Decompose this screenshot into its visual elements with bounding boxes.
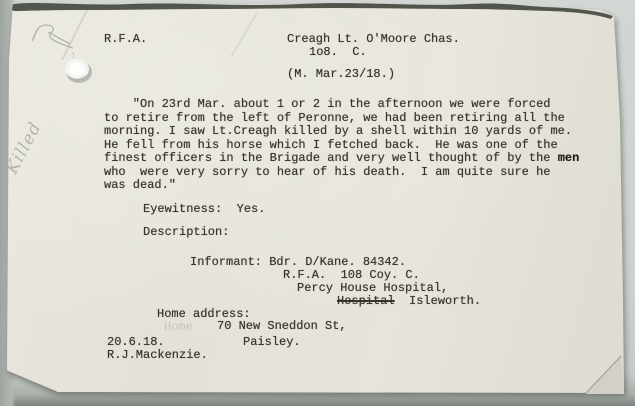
statement-line: morning. I saw Lt.Creagh killed by a she… (104, 125, 572, 138)
address-town-word: Isleworth. (395, 294, 481, 308)
paper-sheet (0, 0, 635, 406)
header-corps: R.F.A. (104, 33, 147, 46)
statement-line: "On 23rd Mar. about 1 or 2 in the aftern… (104, 98, 550, 111)
overstruck-word: men (558, 151, 580, 165)
struck-word: Hospital (337, 294, 395, 308)
home-address-town: Paisley. (243, 336, 301, 349)
ghost-erased-word: Home (164, 321, 193, 334)
statement-line-text: finest officers in the Brigade and very … (104, 151, 558, 165)
description-label: Description: (143, 226, 229, 239)
signature-line: R.J.Mackenzie. (107, 349, 208, 362)
statement-line: He fell from his horse which I fetched b… (104, 139, 558, 152)
scanned-document-page: { "colors":{"paper":"#e6e4da","ink":"#36… (0, 0, 635, 406)
statement-line: finest officers in the Brigade and very … (104, 152, 579, 165)
statement-line: was dead." (104, 179, 176, 192)
statement-line: who were very sorry to hear of his death… (104, 166, 550, 179)
unit-line: 1o8. C. (309, 46, 367, 59)
reference-line: (M. Mar.23/18.) (287, 68, 395, 81)
informant-address-line2: Hospital Isleworth. (337, 295, 481, 308)
home-address-street: 70 New Sneddon St, (217, 320, 347, 333)
statement-line: to retire from the left of Peronne, we h… (104, 112, 565, 125)
paper-surface (6, 1, 626, 397)
eyewitness-line: Eyewitness: Yes. (143, 203, 265, 216)
